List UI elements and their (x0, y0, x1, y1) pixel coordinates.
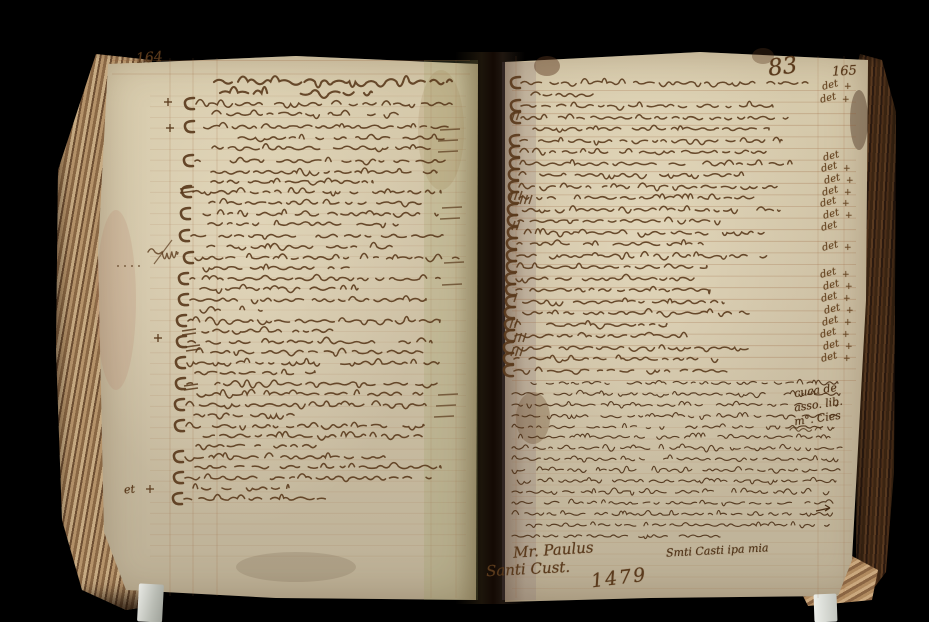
det-plus-mark: + (846, 306, 854, 316)
manuscript-photo: 164 83 165 et Mr. Paulus Santi Cust. 147… (0, 0, 929, 622)
det-plus-mark: + (843, 294, 851, 304)
det-plus-mark: + (845, 342, 853, 352)
folio-number-left: 164 (135, 49, 163, 67)
det-plus-mark: + (844, 243, 852, 253)
quire-number: 83 (767, 52, 799, 81)
det-plus-mark: + (844, 82, 852, 92)
det-plus-mark: + (842, 330, 850, 340)
det-plus-mark: + (845, 282, 853, 292)
det-plus-mark: + (842, 270, 850, 280)
det-plus-mark: + (842, 95, 850, 105)
det-plus-mark: + (843, 354, 851, 364)
handwriting-ink-overlay (0, 0, 929, 622)
det-plus-mark: + (844, 318, 852, 328)
margin-word-et: et (123, 482, 135, 496)
det-plus-mark: + (845, 211, 853, 221)
det-plus-mark: + (844, 188, 852, 198)
folio-number-right: 165 (832, 63, 858, 79)
det-plus-mark: + (846, 176, 854, 186)
det-plus-mark: + (843, 164, 851, 174)
det-plus-mark: + (842, 199, 850, 209)
